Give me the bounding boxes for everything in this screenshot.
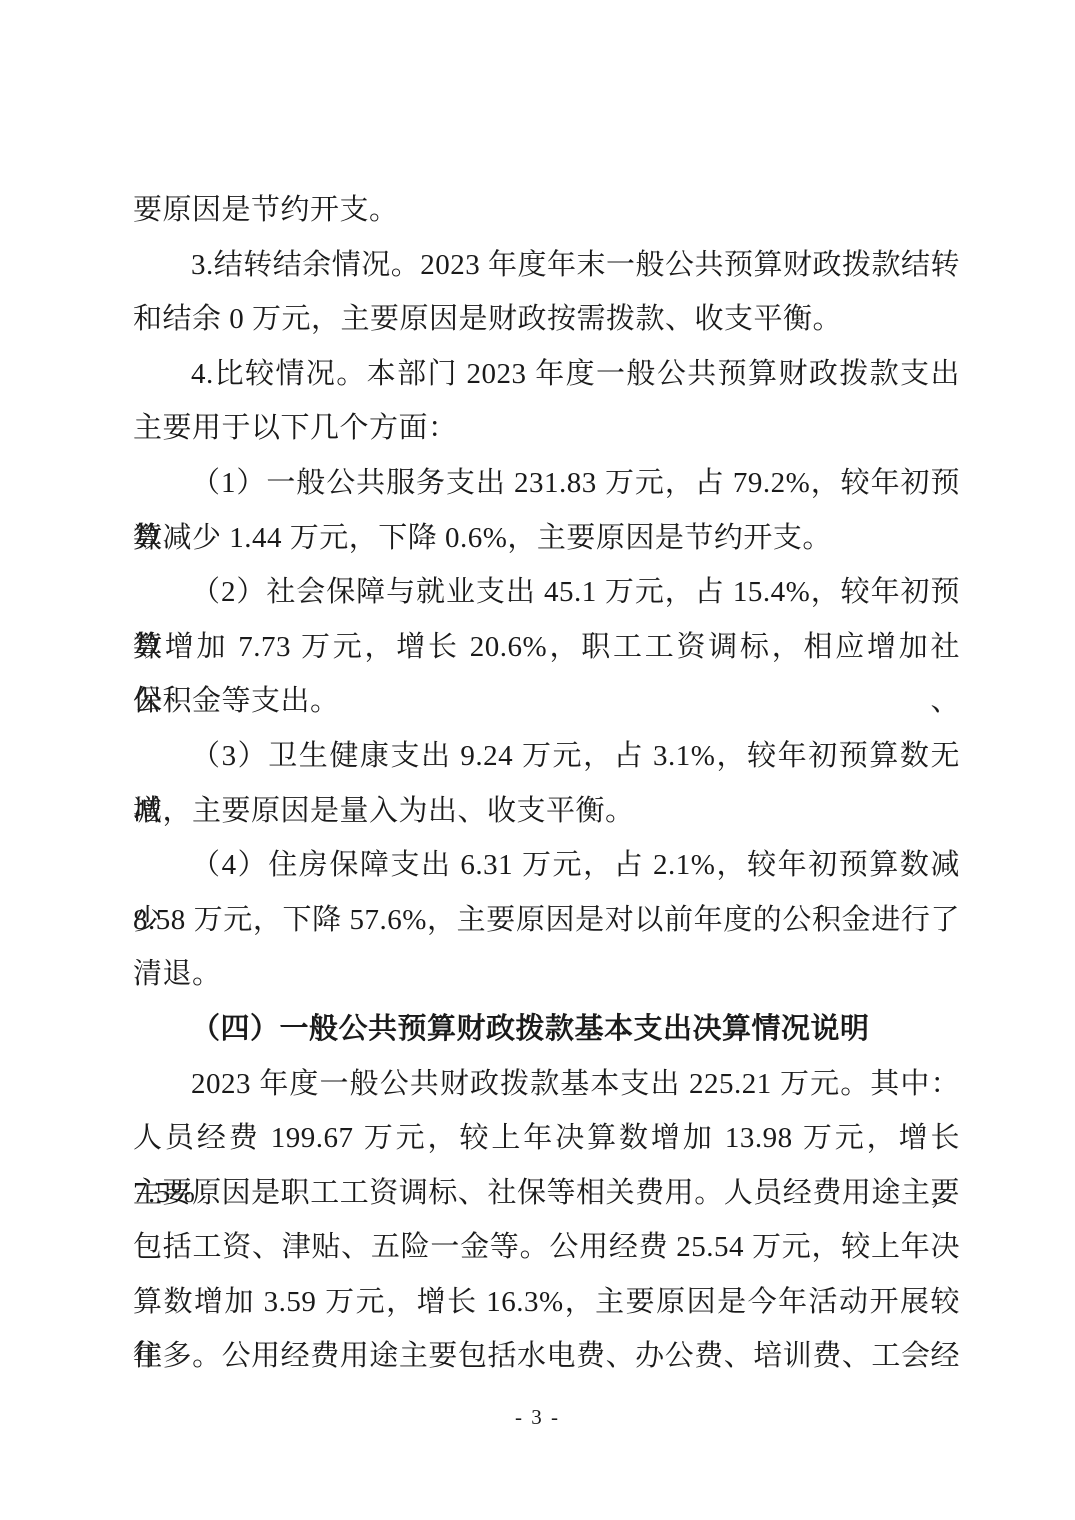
text-line: （4）住房保障支出 6.31 万元，占 2.1%，较年初预算数减少 — [133, 838, 960, 893]
text-line: 要原因是节约开支。 — [133, 183, 960, 238]
document-page: 要原因是节约开支。3.结转结余情况。2023 年度年末一般公共预算财政拨款结转和… — [0, 0, 1075, 1520]
page-number: - 3 - — [0, 1402, 1075, 1432]
text-line: 3.结转结余情况。2023 年度年末一般公共预算财政拨款结转 — [133, 238, 960, 293]
text-line: 包括工资、津贴、五险一金等。公用经费 25.54 万元，较上年决 — [133, 1220, 960, 1275]
text-line: 2023 年度一般公共财政拨款基本支出 225.21 万元。其中： — [133, 1057, 960, 1112]
text-line: 人员经费 199.67 万元，较上年决算数增加 13.98 万元，增长 7.5%… — [133, 1111, 960, 1166]
text-line: 主要用于以下几个方面： — [133, 401, 960, 456]
text-line: （2）社会保障与就业支出 45.1 万元，占 15.4%，较年初预算 — [133, 565, 960, 620]
text-line: 和结余 0 万元，主要原因是财政按需拨款、收支平衡。 — [133, 292, 960, 347]
text-line: 4.比较情况。本部门 2023 年度一般公共预算财政拨款支出 — [133, 347, 960, 402]
text-line: 数增加 7.73 万元，增长 20.6%，职工工资调标，相应增加社保、 — [133, 620, 960, 675]
text-line: 减，主要原因是量入为出、收支平衡。 — [133, 784, 960, 839]
text-line: （四）一般公共预算财政拨款基本支出决算情况说明 — [133, 1002, 960, 1057]
text-line: 年多。公用经费用途主要包括水电费、办公费、培训费、工会经 — [133, 1329, 960, 1384]
text-line: （1）一般公共服务支出 231.83 万元，占 79.2%，较年初预算 — [133, 456, 960, 511]
text-line: 主要原因是职工工资调标、社保等相关费用。人员经费用途主要 — [133, 1166, 960, 1221]
text-line: （3）卫生健康支出 9.24 万元，占 3.1%，较年初预算数无增 — [133, 729, 960, 784]
document-body: 要原因是节约开支。3.结转结余情况。2023 年度年末一般公共预算财政拨款结转和… — [133, 183, 960, 1384]
text-line: 8.58 万元，下降 57.6%，主要原因是对以前年度的公积金进行了 — [133, 893, 960, 948]
text-line: 清退。 — [133, 947, 960, 1002]
text-line: 算数增加 3.59 万元，增长 16.3%，主要原因是今年活动开展较往 — [133, 1275, 960, 1330]
text-line: 数减少 1.44 万元，下降 0.6%，主要原因是节约开支。 — [133, 511, 960, 566]
